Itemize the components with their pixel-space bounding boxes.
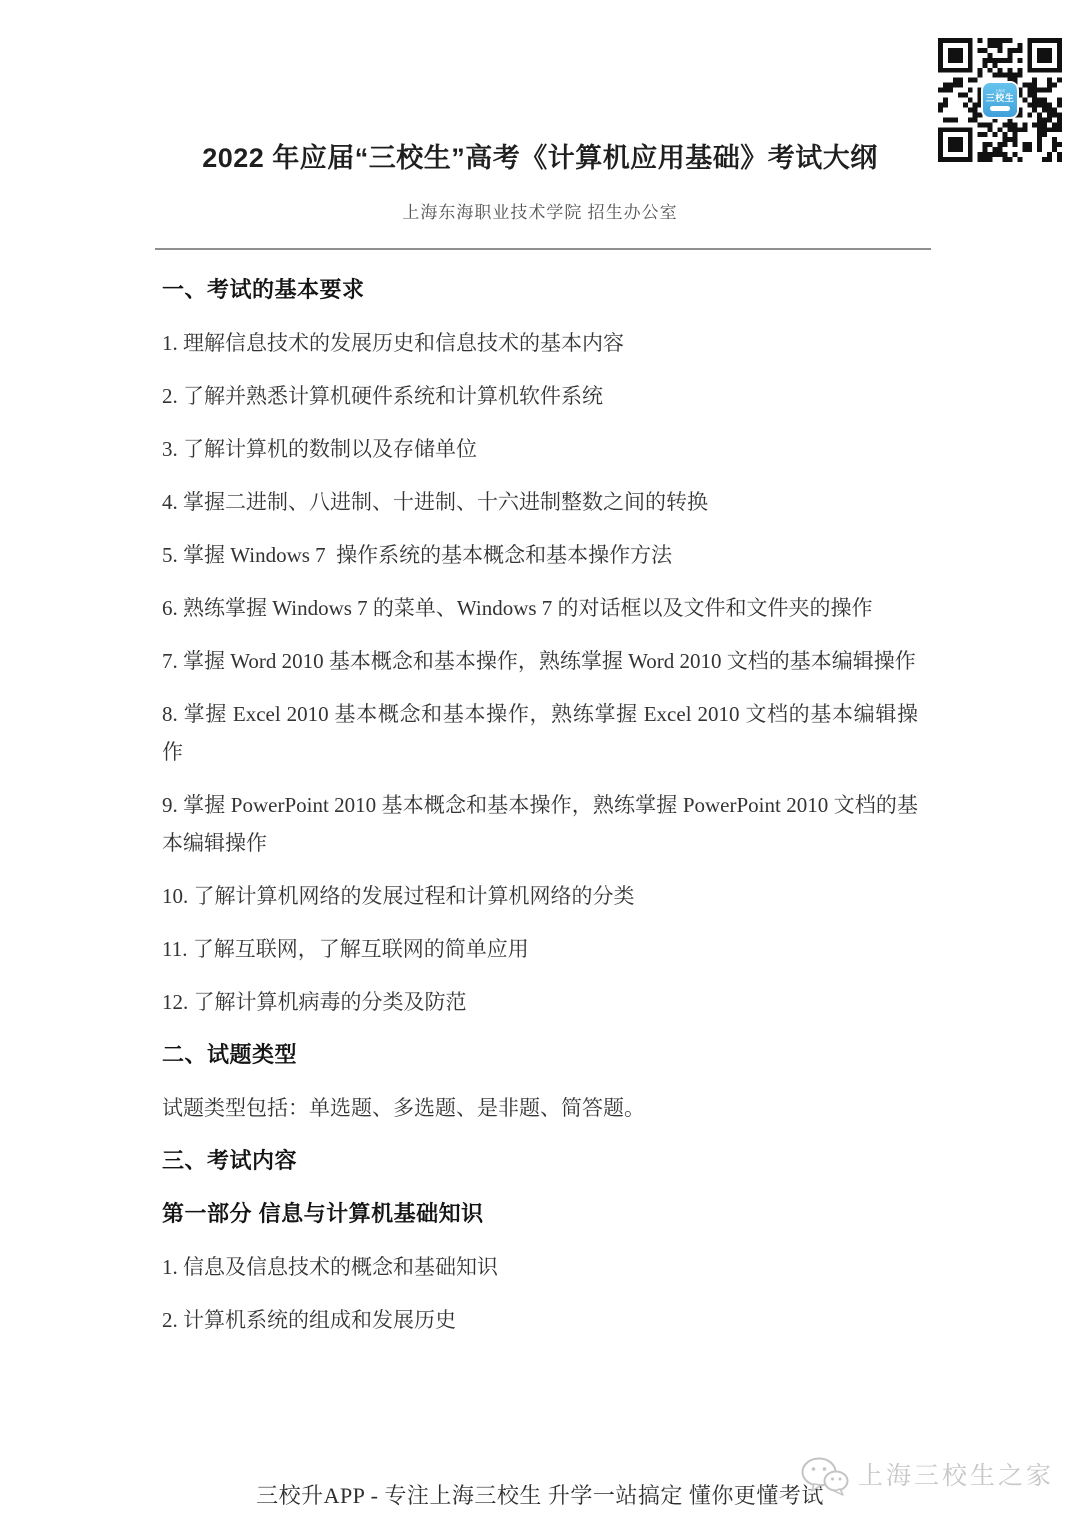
requirement-item: 4. 掌握二进制、八进制、十进制、十六进制整数之间的转换	[162, 483, 918, 521]
document-page: 上海市 三校生 2022 年应届“三校生”高考《计算机应用基础》考试大纲 上海东…	[0, 0, 1080, 1527]
section-2-body: 试题类型包括：单选题、多选题、是非题、简答题。	[162, 1089, 918, 1127]
qr-logo-pill	[990, 106, 1010, 111]
section-3-heading: 三、考试内容	[162, 1142, 918, 1180]
footer-watermark: 上海三校生之家	[800, 1455, 1054, 1497]
qr-code: 上海市 三校生	[938, 38, 1062, 162]
part-1-item: 2. 计算机系统的组成和发展历史	[162, 1301, 918, 1339]
requirement-item: 6. 熟练掌握 Windows 7 的菜单、Windows 7 的对话框以及文件…	[162, 589, 918, 627]
header-divider	[155, 248, 931, 250]
requirement-item: 1. 理解信息技术的发展历史和信息技术的基本内容	[162, 324, 918, 362]
section-2-heading: 二、试题类型	[162, 1036, 918, 1074]
qr-center-logo: 上海市 三校生	[983, 83, 1017, 117]
document-body: 一、考试的基本要求 1. 理解信息技术的发展历史和信息技术的基本内容 2. 了解…	[162, 271, 918, 1339]
watermark-text: 上海三校生之家	[858, 1456, 1054, 1496]
requirement-item: 8. 掌握 Excel 2010 基本概念和基本操作，熟练掌握 Excel 20…	[162, 695, 918, 771]
requirement-item: 9. 掌握 PowerPoint 2010 基本概念和基本操作，熟练掌握 Pow…	[162, 786, 918, 862]
part-1-heading: 第一部分 信息与计算机基础知识	[162, 1195, 918, 1233]
part-1-item: 1. 信息及信息技术的概念和基础知识	[162, 1248, 918, 1286]
requirement-item: 2. 了解并熟悉计算机硬件系统和计算机软件系统	[162, 377, 918, 415]
requirement-item: 3. 了解计算机的数制以及存储单位	[162, 430, 918, 468]
section-1-heading: 一、考试的基本要求	[162, 271, 918, 309]
requirement-item: 10. 了解计算机网络的发展过程和计算机网络的分类	[162, 877, 918, 915]
qr-logo-label: 三校生	[986, 93, 1015, 104]
page-title: 2022 年应届“三校生”高考《计算机应用基础》考试大纲	[60, 141, 1020, 175]
qr-logo-top-text: 上海市	[995, 90, 1006, 92]
requirement-item: 5. 掌握 Windows 7 操作系统的基本概念和基本操作方法	[162, 536, 918, 574]
wechat-icon	[800, 1455, 850, 1497]
requirement-item: 11. 了解互联网，了解互联网的简单应用	[162, 930, 918, 968]
requirement-item: 7. 掌握 Word 2010 基本概念和基本操作，熟练掌握 Word 2010…	[162, 642, 918, 680]
page-subtitle: 上海东海职业技术学院 招生办公室	[0, 201, 1080, 225]
requirement-item: 12. 了解计算机病毒的分类及防范	[162, 983, 918, 1021]
